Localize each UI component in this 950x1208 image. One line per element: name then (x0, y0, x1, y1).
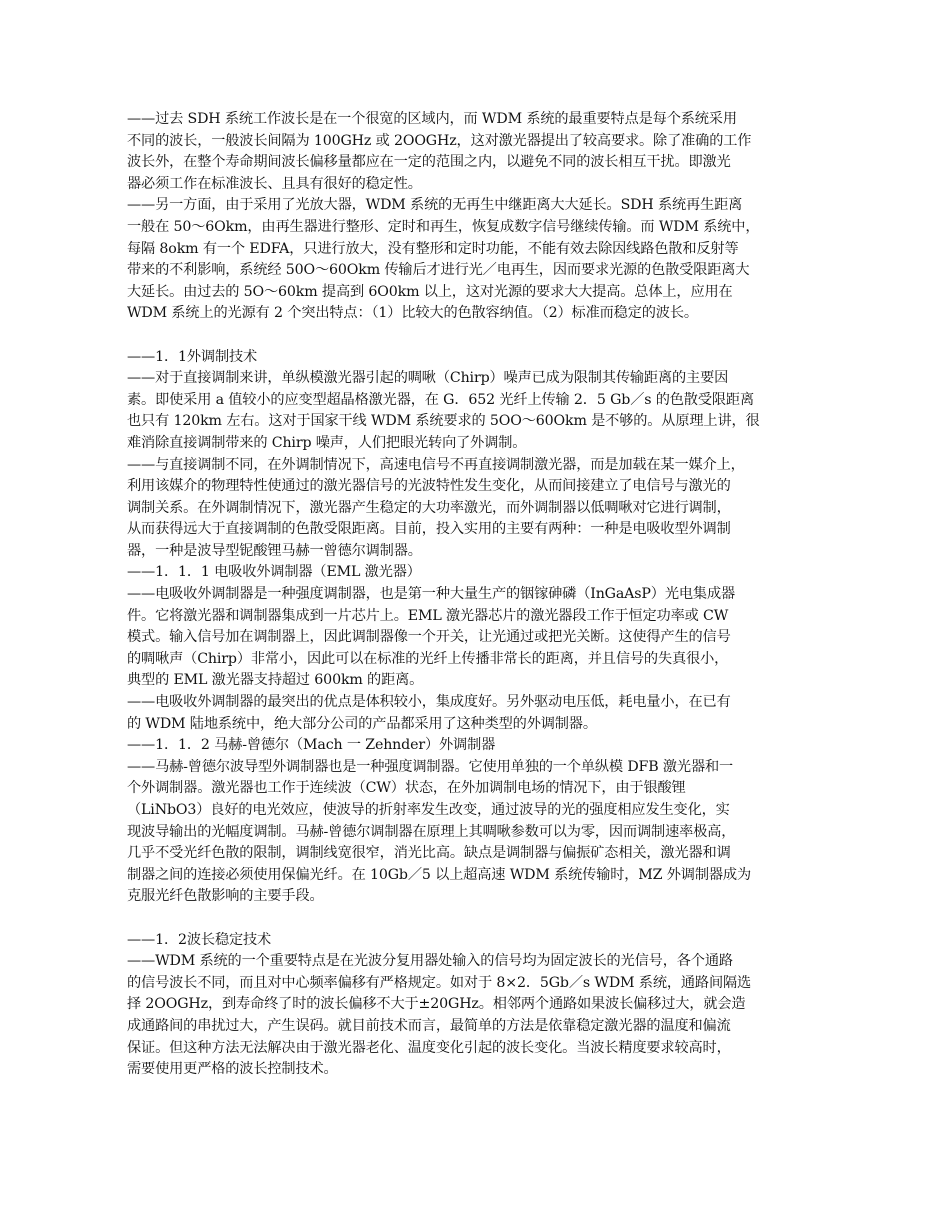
blank-line (127, 908, 797, 930)
text-line: 典型的 EML 激光器支持超过 600km 的距离。 (127, 670, 797, 692)
text-line: 模式。输入信号加在调制器上，因此调制器像一个开关，让光通过或把光关断。这使得产生… (127, 627, 797, 649)
text-line: 器，一种是波导型铌酸锂马赫一曾德尔调制器。 (127, 541, 797, 563)
text-line: 制器之间的连接必须使用保偏光纤。在 10Gb／5 以上超高速 WDM 系统传输时… (127, 865, 797, 887)
text-line: 保证。但这种方法无法解决由于激光器老化、温度变化引起的波长变化。当波长精度要求较… (127, 1038, 797, 1060)
paragraph-mach-zehnder-description: ——马赫-曾德尔波导型外调制器也是一种强度调制器。它使用单独的一个单纵模 DFB… (127, 757, 797, 908)
text-line: 每隔 8okm 有一个 EDFA，只进行放大，没有整形和定时功能，不能有效去除因… (127, 239, 797, 261)
text-line: 现波导输出的光幅度调制。马赫-曾德尔调制器在原理上其啁啾参数可以为零，因而调制速… (127, 822, 797, 844)
text-line: 需要使用更严格的波长控制技术。 (127, 1059, 797, 1081)
text-line: ——过去 SDH 系统工作波长是在一个很宽的区域内，而 WDM 系统的最重要特点… (127, 109, 797, 131)
blank-line (127, 325, 797, 347)
text-line: WDM 系统上的光源有 2 个突出特点：（1）比较大的色散容纳值。（2）标准而稳… (127, 303, 797, 325)
text-line: 波长外，在整个寿命期间波长偏移量都应在一定的范围之内，以避免不同的波长相互干扰。… (127, 152, 797, 174)
text-line: ——电吸收外调制器是一种强度调制器，也是第一种大量生产的铟镓砷磷（InGaAsP… (127, 584, 797, 606)
text-line: ——对于直接调制来讲，单纵模激光器引起的啁啾（Chirp）噪声已成为限制其传输距… (127, 368, 797, 390)
text-line: 的啁啾声（Chirp）非常小，因此可以在标准的光纤上传播非常长的距离，并且信号的… (127, 649, 797, 671)
text-line: 从而获得远大于直接调制的色散受限距离。目前，投入实用的主要有两种：一种是电吸收型… (127, 519, 797, 541)
text-line: ——电吸收外调制器的最突出的优点是体积较小，集成度好。另外驱动电压低，耗电量小，… (127, 692, 797, 714)
text-line: 的信号波长不同，而且对中心频率偏移有严格规定。如对于 8×2．5Gb／s WDM… (127, 973, 797, 995)
text-line: 大延长。由过去的 5O～60km 提高到 6O0km 以上，这对光源的要求大大提… (127, 282, 797, 304)
text-line: 不同的波长，一般波长间隔为 100GHz 或 2OOGHz，这对激光器提出了较高… (127, 131, 797, 153)
paragraph-wavelength-stabilization: ——WDM 系统的一个重要特点是在光波分复用器处输入的信号均为固定波长的光信号，… (127, 951, 797, 1081)
section-heading: ——1．1外调制技术 (127, 347, 797, 369)
text-line: 择 2OOGHz，到寿命终了时的波长偏移不大于±20GHz。相邻两个通路如果波长… (127, 994, 797, 1016)
text-line: 调制关系。在外调制情况下，激光器产生稳定的大功率激光，而外调制器以低啁啾对它进行… (127, 498, 797, 520)
paragraph-external-modulation-principle: ——与直接调制不同，在外调制情况下，高速电信号不再直接调制激光器，而是加载在某一… (127, 455, 797, 563)
heading-1-1-2-mach-zehnder: ——1．1．2 马赫-曾德尔（Mach 一 Zehnder）外调制器 (127, 735, 797, 757)
text-line: 几乎不受光纤色散的限制，调制线宽很窄，消光比高。缺点是调制器与偏振矿态相关，激光… (127, 843, 797, 865)
heading-1-1-1-eml: ——1．1．1 电吸收外调制器（EML 激光器） (127, 562, 797, 584)
section-heading: ——1．1．2 马赫-曾德尔（Mach 一 Zehnder）外调制器 (127, 735, 797, 757)
section-heading: ——1．2波长稳定技术 (127, 930, 797, 952)
text-line: 利用该媒介的物理特性使通过的激光器信号的光波特性发生变化，从而间接建立了电信号与… (127, 476, 797, 498)
paragraph-eml-description: ——电吸收外调制器是一种强度调制器，也是第一种大量生产的铟镓砷磷（InGaAsP… (127, 584, 797, 692)
text-line: 器必须工作在标准波长、且具有很好的稳定性。 (127, 174, 797, 196)
paragraph-eml-advantages: ——电吸收外调制器的最突出的优点是体积较小，集成度好。另外驱动电压低，耗电量小，… (127, 692, 797, 735)
paragraph-direct-modulation-chirp: ——对于直接调制来讲，单纵模激光器引起的啁啾（Chirp）噪声已成为限制其传输距… (127, 368, 797, 454)
text-line: 克服光纤色散影响的主要手段。 (127, 886, 797, 908)
text-line: ——与直接调制不同，在外调制情况下，高速电信号不再直接调制激光器，而是加载在某一… (127, 455, 797, 477)
section-heading: ——1．1．1 电吸收外调制器（EML 激光器） (127, 562, 797, 584)
text-line: 个外调制器。激光器也工作于连续波（CW）状态，在外加调制电场的情况下，由于银酸锂 (127, 778, 797, 800)
paragraph-intro-amplifier: ——另一方面，由于采用了光放大器，WDM 系统的无再生中继距离大大延长。SDH … (127, 195, 797, 325)
text-line: 也只有 120km 左右。这对于国家干线 WDM 系统要求的 5OO～60Okm… (127, 411, 797, 433)
document-page: ——过去 SDH 系统工作波长是在一个很宽的区域内，而 WDM 系统的最重要特点… (127, 109, 797, 1081)
text-line: 件。它将激光器和调制器集成到一片芯片上。EML 激光器芯片的激光器段工作于恒定功… (127, 606, 797, 628)
text-line: ——另一方面，由于采用了光放大器，WDM 系统的无再生中继距离大大延长。SDH … (127, 195, 797, 217)
paragraph-intro-wavelength: ——过去 SDH 系统工作波长是在一个很宽的区域内，而 WDM 系统的最重要特点… (127, 109, 797, 195)
text-line: 素。即使采用 a 值较小的应变型超晶格激光器，在 G．652 光纤上传输 2．5… (127, 390, 797, 412)
text-line: 带来的不利影响，系统经 50O～60Okm 传输后才进行光／电再生，因而要求光源… (127, 260, 797, 282)
text-line: ——WDM 系统的一个重要特点是在光波分复用器处输入的信号均为固定波长的光信号，… (127, 951, 797, 973)
heading-1-1-external-modulation: ——1．1外调制技术 (127, 347, 797, 369)
heading-1-2-wavelength-stabilization: ——1．2波长稳定技术 (127, 930, 797, 952)
text-line: 一般在 50～6Okm，由再生器进行整形、定时和再生，恢复成数字信号继续传输。而… (127, 217, 797, 239)
text-line: 难消除直接调制带来的 Chirp 噪声，人们把眼光转向了外调制。 (127, 433, 797, 455)
text-line: （LiNbO3）良好的电光效应，使波导的折射率发生改变，通过波导的光的强度相应发… (127, 800, 797, 822)
text-line: 的 WDM 陆地系统中，绝大部分公司的产品都采用了这种类型的外调制器。 (127, 714, 797, 736)
text-line: ——马赫-曾德尔波导型外调制器也是一种强度调制器。它使用单独的一个单纵模 DFB… (127, 757, 797, 779)
text-line: 成通路间的串扰过大，产生误码。就目前技术而言，最简单的方法是依靠稳定激光器的温度… (127, 1016, 797, 1038)
